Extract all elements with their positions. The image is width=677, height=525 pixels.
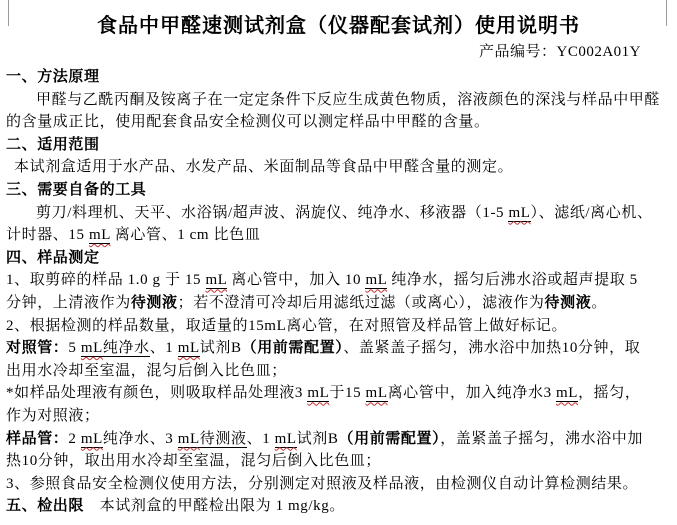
text-segment: 对照管： xyxy=(6,340,68,356)
product-code-line: 产品编号：YC002A01Y xyxy=(0,42,677,62)
text-line: 五、检出限 本试剂盒的甲醛检出限为 1 mg/kg。 xyxy=(6,495,671,518)
text-segment: ）、滤纸/离心机、 xyxy=(531,205,653,221)
margin-crop-mark-right xyxy=(666,0,667,26)
text-segment: 纯净水，摇匀后沸水浴或超声提取 5 xyxy=(387,272,638,288)
spellcheck-flagged-text: mL xyxy=(81,431,103,448)
text-segment: ，摇匀， xyxy=(578,385,640,401)
text-segment: 作为对照液； xyxy=(6,408,100,424)
text-line: 分钟，上清液作为待测液；若不澄清可冷却后用滤纸过滤（或离心），滤液作为待测液。 xyxy=(6,292,671,315)
text-line: 出用水冷却至室温，混匀后倒入比色皿； xyxy=(6,360,671,383)
text-segment: 试剂B xyxy=(200,340,242,356)
text-segment: 待测液 xyxy=(545,295,592,311)
text-segment: （用前需配置） xyxy=(339,431,441,447)
text-segment: 3、参照食品安全检测仪使用方法，分别测定对照液及样品液，由检测仪自动计算检测结果… xyxy=(6,476,638,492)
text-line: 计时器、15 mL 离心管、1 cm 比色皿 xyxy=(6,224,671,247)
text-segment: *如样品处理液有颜色，则吸取样品处理液3 xyxy=(6,385,307,401)
product-code-label: 产品编号： xyxy=(479,44,557,60)
spellcheck-flagged-text: mL xyxy=(89,227,110,244)
document-title: 食品中甲醛速测试剂盒（仪器配套试剂）使用说明书 xyxy=(10,13,667,40)
spellcheck-flagged-text: mL xyxy=(81,340,103,357)
text-segment: 、盖紧盖子摇匀，沸水浴中加热10分钟，取 xyxy=(343,340,640,356)
text-line: 2、根据检测的样品数量，取适量的15mL离心管，在对照管及样品管上做好标记。 xyxy=(6,315,671,338)
text-segment: 本试剂盒的甲醛检出限为 1 mg/kg。 xyxy=(84,498,345,514)
text-segment: 2 xyxy=(68,431,80,447)
text-segment: 试剂B xyxy=(297,431,339,447)
text-segment: 五、检出限 xyxy=(6,498,84,514)
text-line: 3、参照食品安全检测仪使用方法，分别测定对照液及样品液，由检测仪自动计算检测结果… xyxy=(6,473,671,496)
spellcheck-flagged-text: mL xyxy=(508,205,530,222)
document-body: 一、方法原理甲醛与乙酰丙酮及铵离子在一定定条件下反应生成黄色物质，溶液颜色的深浅… xyxy=(0,62,677,518)
text-line: 作为对照液； xyxy=(6,405,671,428)
text-segment: 离心管中，加入 10 xyxy=(227,272,365,288)
product-code-value: YC002A01Y xyxy=(556,44,641,60)
text-segment: 样品管： xyxy=(6,431,68,447)
text-segment: 待测液 xyxy=(200,431,247,448)
text-line: 二、适用范围 xyxy=(6,134,671,157)
text-segment: 纯净水 xyxy=(103,340,150,357)
text-segment: 计时器、15 xyxy=(6,227,89,243)
text-segment: 本试剂盒适用于水产品、水发产品、米面制品等食品中甲醛含量的测定。 xyxy=(14,159,513,175)
document-page: 食品中甲醛速测试剂盒（仪器配套试剂）使用说明书 产品编号：YC002A01Y 一… xyxy=(0,0,677,525)
spellcheck-flagged-text: mL xyxy=(178,340,200,357)
text-line: 本试剂盒适用于水产品、水发产品、米面制品等食品中甲醛含量的测定。 xyxy=(6,156,671,179)
text-segment: 一、方法原理 xyxy=(6,69,100,85)
text-segment: 离心管中，加入纯净水3 xyxy=(388,385,556,401)
text-segment: 1、取剪碎的样品 1.0 g 于 15 xyxy=(6,272,206,288)
text-segment: 分钟，上清液作为 xyxy=(6,295,131,311)
text-segment: 。 xyxy=(591,295,607,311)
text-segment: 热10分钟，取出用水冷却至室温，混匀后倒入比色皿； xyxy=(6,453,381,469)
text-line: 三、需要自备的工具 xyxy=(6,179,671,202)
text-line: 1、取剪碎的样品 1.0 g 于 15 mL 离心管中，加入 10 mL 纯净水… xyxy=(6,269,671,292)
spellcheck-flagged-text: mL xyxy=(366,385,388,402)
spellcheck-flagged-text: mL xyxy=(556,385,578,402)
text-segment: 四、样品测定 xyxy=(6,250,100,266)
text-segment: 于15 xyxy=(329,385,365,401)
text-line: *如样品处理液有颜色，则吸取样品处理液3 mL于15 mL离心管中，加入纯净水3… xyxy=(6,382,671,405)
text-segment: 三、需要自备的工具 xyxy=(6,182,146,198)
text-segment: （用前需配置） xyxy=(242,340,344,356)
text-segment: 出用水冷却至室温，混匀后倒入比色皿； xyxy=(6,363,287,379)
text-segment: 、1 xyxy=(150,340,178,356)
text-line: 样品管：2 mL纯净水、3 mL待测液、1 mL试剂B（用前需配置），盖紧盖子摇… xyxy=(6,428,671,451)
text-segment: 2、根据检测的样品数量，取适量的15mL离心管，在对照管及样品管上做好标记。 xyxy=(6,318,567,334)
text-line: 的含量成正比，使用配套食品安全检测仪可以测定样品中甲醛的含量。 xyxy=(6,111,671,134)
text-segment: 5 xyxy=(68,340,80,356)
spellcheck-flagged-text: mL xyxy=(275,431,297,448)
margin-crop-mark-left xyxy=(8,0,9,26)
text-segment: 二、适用范围 xyxy=(6,137,100,153)
text-line: 四、样品测定 xyxy=(6,247,671,270)
spellcheck-flagged-text: mL xyxy=(178,431,200,448)
text-line: 甲醛与乙酰丙酮及铵离子在一定定条件下反应生成黄色物质，溶液颜色的深浅与样品中甲醛 xyxy=(6,89,671,112)
spellcheck-flagged-text: mL xyxy=(365,272,386,289)
text-segment: 、1 xyxy=(247,431,275,447)
text-line: 一、方法原理 xyxy=(6,66,671,89)
text-segment: ，盖紧盖子摇匀，沸水浴中加 xyxy=(440,431,643,447)
text-segment: ；若不澄清可冷却后用滤纸过滤（或离心），滤液作为 xyxy=(178,295,545,311)
text-segment: 待测液 xyxy=(131,295,178,311)
text-segment: 离心管、1 cm 比色皿 xyxy=(110,227,260,243)
spellcheck-flagged-text: mL xyxy=(307,385,329,402)
text-segment: 甲醛与乙酰丙酮及铵离子在一定定条件下反应生成黄色物质，溶液颜色的深浅与样品中甲醛 xyxy=(36,92,660,108)
spellcheck-flagged-text: mL xyxy=(206,272,227,289)
text-line: 热10分钟，取出用水冷却至室温，混匀后倒入比色皿； xyxy=(6,450,671,473)
text-segment: 剪刀/料理机、天平、水浴锅/超声波、涡旋仪、纯净水、移液器（1-5 xyxy=(36,205,508,221)
text-line: 对照管：5 mL纯净水、1 mL试剂B（用前需配置）、盖紧盖子摇匀，沸水浴中加热… xyxy=(6,337,671,360)
text-segment: 的含量成正比，使用配套食品安全检测仪可以测定样品中甲醛的含量。 xyxy=(6,114,490,130)
text-segment: 纯净水、3 xyxy=(103,431,178,447)
text-line: 剪刀/料理机、天平、水浴锅/超声波、涡旋仪、纯净水、移液器（1-5 mL）、滤纸… xyxy=(6,202,671,225)
